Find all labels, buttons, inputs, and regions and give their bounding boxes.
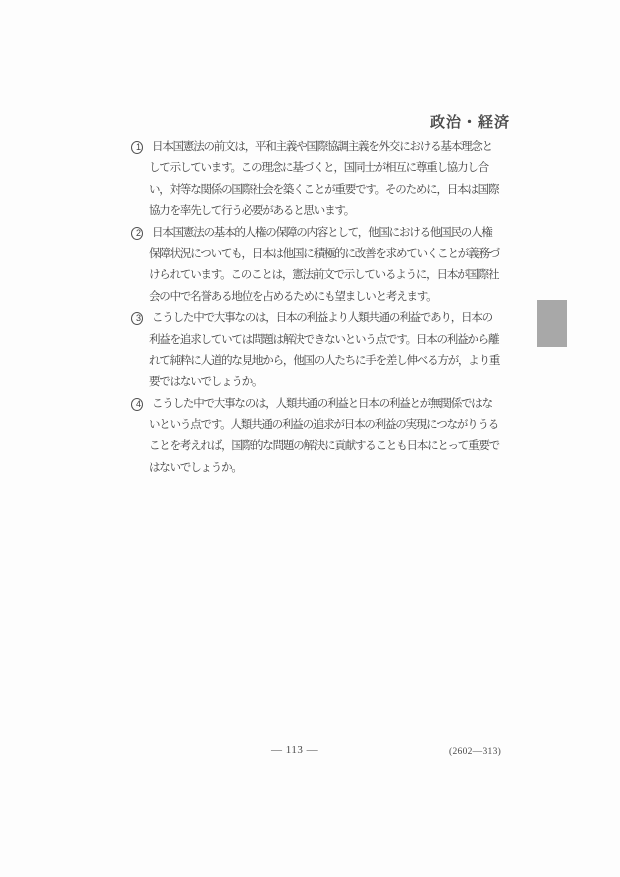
question-item-4: 4こうした中で大事なのは，人類共通の利益と日本の利益とが無関係ではないという点で… [131,394,531,480]
item-line: いという点です。人類共通の利益の追求が日本の利益の実現につながりうる [149,415,531,436]
edge-tab [537,300,567,347]
question-item-1: 1日本国憲法の前文は，平和主義や国際協調主義を外交における基本理念として示してい… [131,137,531,223]
item-line: はないでしょうか。 [149,458,531,479]
item-line: 4こうした中で大事なのは，人類共通の利益と日本の利益とが無関係ではな [149,394,531,415]
item-line: 2日本国憲法の基本的人権の保障の内容として，他国における他国民の人権 [149,223,531,244]
item-number-badge: 2 [131,227,143,240]
item-number-badge: 4 [131,398,143,411]
item-line: れて純粋に人道的な見地から，他国の人たちに手を差し伸べる方が，より重 [149,351,531,372]
question-item-2: 2日本国憲法の基本的人権の保障の内容として，他国における他国民の人権保障状況につ… [131,223,531,309]
item-line: 保障状況についても，日本は他国に積極的に改善を求めていくことが義務づ [149,244,531,265]
item-line: 利益を追求していては問題は解決できないという点です。日本の利益から離 [149,330,531,351]
question-list: 1日本国憲法の前文は，平和主義や国際協調主義を外交における基本理念として示してい… [131,137,531,479]
exam-page: 政治・経済 1日本国憲法の前文は，平和主義や国際協調主義を外交における基本理念と… [0,0,620,877]
item-number-badge: 1 [131,141,143,154]
question-item-3: 3こうした中で大事なのは，日本の利益より人類共通の利益であり，日本の利益を追求し… [131,308,531,394]
item-line: い，対等な関係の国際社会を築くことが重要です。そのために，日本は国際 [149,180,531,201]
item-line: 3こうした中で大事なのは，日本の利益より人類共通の利益であり，日本の [149,308,531,329]
item-number-badge: 3 [131,312,143,325]
item-line: 会の中で名誉ある地位を占めるためにも望ましいと考えます。 [149,287,531,308]
item-line: けられています。このことは，憲法前文で示しているように，日本が国際社 [149,265,531,286]
item-line: 1日本国憲法の前文は，平和主義や国際協調主義を外交における基本理念と [149,137,531,158]
footer-code: (2602—313) [449,747,501,757]
item-line: 要ではないでしょうか。 [149,372,531,393]
item-line: 協力を率先して行う必要があると思います。 [149,201,531,222]
item-line: して示しています。この理念に基づくと，国同士が相互に尊重し協力し合 [149,158,531,179]
item-line: ことを考えれば，国際的な問題の解決に貢献することも日本にとって重要で [149,436,531,457]
footer-page-number: — 113 — [271,744,318,756]
page-title: 政治・経済 [430,111,510,132]
